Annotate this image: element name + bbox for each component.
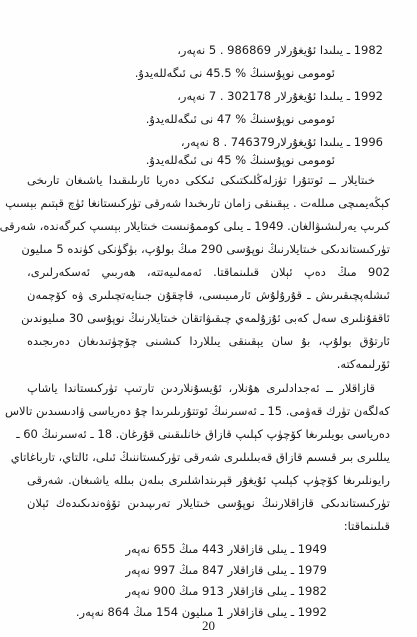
stat-line: 1992 ـ يىلىدا ئۇيغۇرلار 302178 . 7 نەپەر… xyxy=(177,86,383,106)
text-line: قازاقلار ــ ئەجدادلىرى ھۇنلار، ئۇيسۇنلار… xyxy=(27,378,375,398)
text-line: ئاققۇنلىرى سەل كەبى ئۇزۇلمەي چىقىۋاتقان … xyxy=(27,308,390,328)
document-page: 1982 ـ يىلىدا ئۇيغۇرلار 986869 . 5 نەپەر… xyxy=(0,0,417,637)
stat-line: 1982 ـ يىلى قازاقلار 913 مىڭ 900 نەپەر xyxy=(126,581,328,601)
stat-line: 1979 ـ يىلى قازاقلار 847 مىڭ 997 نەپەر xyxy=(126,560,328,580)
text-line: ئۆرلىمەكتە. xyxy=(27,354,390,374)
text-line: 902 مىڭ دەپ ئېلان قىلىنماقتا. ئەمەلىيەتت… xyxy=(27,262,390,282)
page-number: 20 xyxy=(0,618,417,634)
stat-line: ئومومى نوپۇسنىڭ % 45 نى ئىگەللەيدۇ. xyxy=(146,150,335,170)
text-line: تۈركىستاندىكى خىتايلارنىڭ نوپۇسى 290 مىڭ… xyxy=(27,239,390,259)
text-line: خىتايلار ــ ئوتتۇرا تۈزلەڭلىكتىكى ئىككى … xyxy=(27,170,375,190)
text-line: كېڭەيمىچى مىللەت . يېقىنقى زامان تارىخىد… xyxy=(27,193,390,213)
text-line: كىرىپ يەرلىشىۋالغان. 1949 ـ يىلى كوممۇنى… xyxy=(27,216,390,236)
text-line: ئىشلەپچىقىرىش ـ قۇرۇلۇش ئارمىيىسى، قاچقۇ… xyxy=(27,285,390,305)
text-line: ئارتۇق بولۇپ، بۇ سان يېقىنقى يىللاردا كى… xyxy=(27,331,390,351)
text-line: دەرياسى بويلىرىغا كۆچۈپ كېلىپ قازاق خانل… xyxy=(27,424,390,444)
stat-line: ئومومى نوپۇسنىڭ % 45.5 نى ئىگەللەيدۇ. xyxy=(135,63,335,83)
stat-line: 1949 ـ يىلى قازاقلار 443 مىڭ 655 نەپەر xyxy=(126,539,328,559)
text-line: كەلگەن تۈرك قەۋمى. 15 ـ ئەسىرنىڭ ئوتتۇرى… xyxy=(27,401,390,421)
stat-line: ئومومى نوپۇسنىڭ % 47 نى ئىگەللەيدۇ. xyxy=(146,109,335,129)
text-line: يىللىرى بىر قىسىم قازاق قەبىلىلىرى شەرقى… xyxy=(27,447,390,467)
stat-line: 1996 ـ يىلىدا ئۇيغۇرلار746379 . 8 نەپەر، xyxy=(181,132,383,152)
stat-line: 1982 ـ يىلىدا ئۇيغۇرلار 986869 . 5 نەپەر… xyxy=(177,40,383,60)
text-line: قىلىنماقتا: xyxy=(27,516,390,536)
text-line: تۈركىستاندىكى قازاقلارنىڭ نوپۇسى خىتايلا… xyxy=(27,493,390,513)
text-line: رايونلىرىغا كۆچۈپ كېلىپ ئۇيغۇر قېرىنداشل… xyxy=(27,470,390,490)
